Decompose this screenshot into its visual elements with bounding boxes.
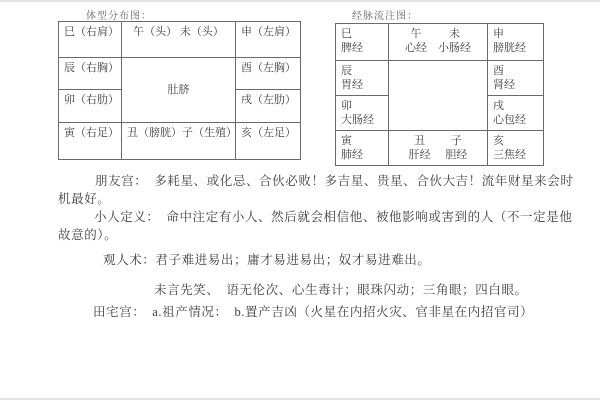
cell-yin-lung: 寅 肺经 xyxy=(336,131,389,166)
meridian-pericardium: 心包经 xyxy=(493,113,538,127)
cell-center-empty xyxy=(389,61,488,131)
cell-shen-bladder: 申 膀胱经 xyxy=(488,24,544,61)
meridian-liver: 肝经 xyxy=(409,148,431,162)
branch-xu: 戌 xyxy=(493,99,538,113)
meridian-lung: 肺经 xyxy=(341,148,383,162)
meridian-map-table: 巳 脾经 午 心经 未 小肠经 申 膀胱经 xyxy=(335,23,544,166)
cell-mao-right-rib: 卯（右肋） xyxy=(59,90,122,123)
meridian-stomach: 胃经 xyxy=(341,78,383,92)
friend-palace-note-line1: 朋友宫： 多耗星、或化忌、合伙必败！多吉星、贵星、合伙大吉！流年财星来会时 xyxy=(95,171,573,189)
cell-you-kidney: 酉 肾经 xyxy=(488,61,544,96)
villain-definition-line1: 小人定义： 命中注定有小人、然后就会相信他、被他影响或害到的人（不一定是他 xyxy=(94,207,572,225)
branch-chou: 丑 xyxy=(409,134,431,148)
cell-chen-stomach: 辰 胃经 xyxy=(336,61,389,96)
meridian-large-intestine: 大肠经 xyxy=(341,113,383,127)
cell-wu-wei-head: 午（头） 未（头） xyxy=(122,22,236,58)
cell-hai-left-foot: 亥（左足） xyxy=(236,123,301,160)
meridian-map-title: 经脉流注图： xyxy=(352,7,418,22)
cell-si-spleen: 巳 脾经 xyxy=(336,24,389,61)
meridian-small-intestine: 小肠经 xyxy=(438,41,471,55)
branch-wu: 午 xyxy=(405,27,427,41)
cell-si-right-shoulder: 巳（右肩） xyxy=(59,22,122,58)
cell-yin-right-foot: 寅（右足） xyxy=(59,123,122,160)
body-map-title: 体型分布图： xyxy=(86,7,152,22)
branch-si: 巳 xyxy=(341,27,383,41)
cell-chen-right-chest: 辰（右胸） xyxy=(59,58,122,90)
branch-hai: 亥 xyxy=(493,134,538,148)
meridian-kidney: 肾经 xyxy=(493,78,538,92)
branch-zi: 子 xyxy=(445,134,467,148)
observation-signs-line: 未言先笑、 语无伦次、心生毒计；眼珠闪动；三角眼；四白眼。 xyxy=(154,280,528,298)
meridian-gallbladder: 胆经 xyxy=(445,148,467,162)
cell-xu-pericardium: 戌 心包经 xyxy=(488,96,544,131)
meridian-spleen: 脾经 xyxy=(341,41,383,55)
property-palace-line: 田宅宫： a.祖产情况： b.置产吉凶（火星在内招火灾、官非星在内招官司） xyxy=(93,302,533,320)
cell-you-left-chest: 酉（左胸） xyxy=(236,58,301,90)
cell-chou-zi-organs: 丑（膀胱）子（生殖） xyxy=(122,123,236,160)
body-map-table: 巳（右肩） 午（头） 未（头） 申（左肩） 辰（右胸） 肚脐 酉（左胸） 卯（右… xyxy=(58,21,301,160)
meridian-bladder: 膀胱经 xyxy=(493,41,538,55)
cell-hai-triple-burner: 亥 三焦经 xyxy=(488,131,544,166)
cell-wu-wei-meridians: 午 心经 未 小肠经 xyxy=(389,24,488,61)
friend-palace-note-line2: 机最好。 xyxy=(58,189,110,207)
meridian-heart: 心经 xyxy=(405,41,427,55)
cell-chou-zi-meridians: 丑 肝经 子 胆经 xyxy=(389,131,488,166)
cell-mao-large-intestine: 卯 大肠经 xyxy=(336,96,389,131)
cell-shen-left-shoulder: 申（左肩） xyxy=(236,22,301,58)
villain-definition-line2: 故意的）。 xyxy=(58,225,117,243)
branch-mao: 卯 xyxy=(341,99,383,113)
observation-technique-line: 观人术：君子难进易出；庸才易进易出；奴才易进难出。 xyxy=(103,250,431,268)
cell-navel: 肚脐 xyxy=(122,58,236,123)
cell-xu-left-rib: 戌（左肋） xyxy=(236,90,301,123)
document-page: 体型分布图： 经脉流注图： 巳（右肩） 午（头） 未（头） 申（左肩） 辰（右胸… xyxy=(0,0,600,400)
branch-wei: 未 xyxy=(438,27,471,41)
branch-yin: 寅 xyxy=(341,134,383,148)
branch-you: 酉 xyxy=(493,64,538,78)
meridian-triple-burner: 三焦经 xyxy=(493,148,538,162)
page-top-edge xyxy=(0,0,600,2)
branch-shen: 申 xyxy=(493,27,538,41)
branch-chen: 辰 xyxy=(341,64,383,78)
